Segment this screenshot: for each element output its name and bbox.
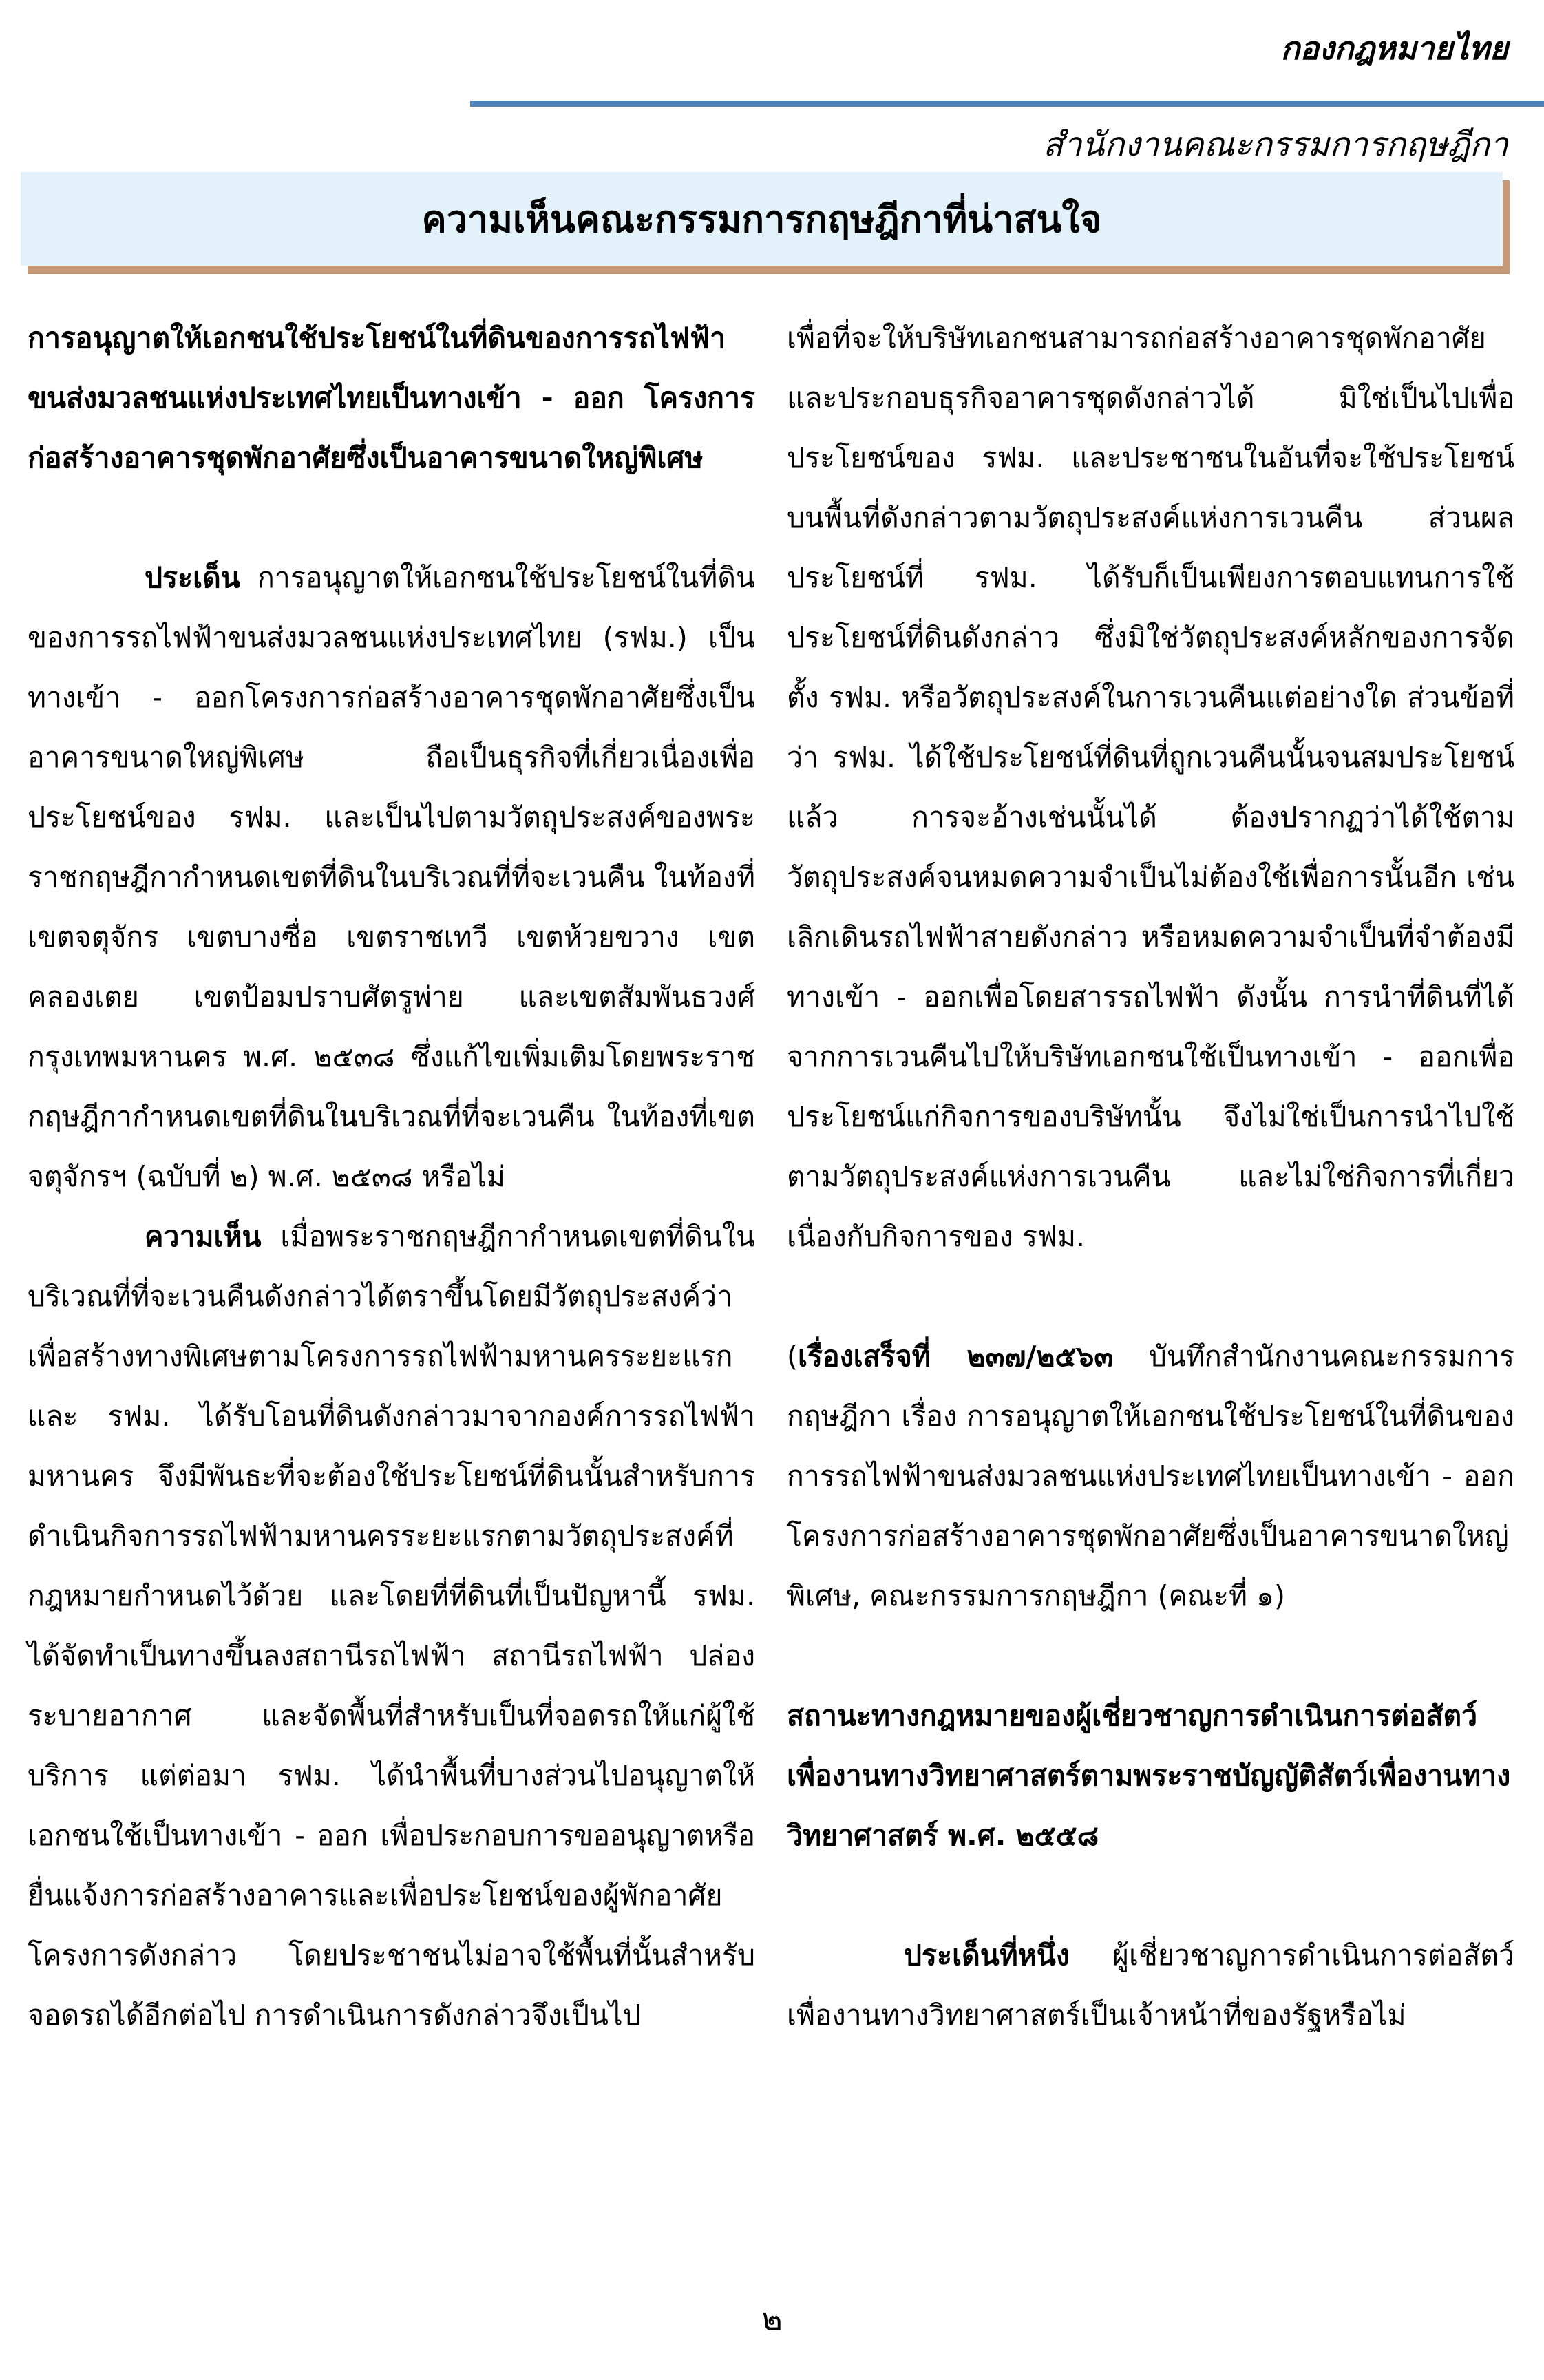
text-segment: เพื่อที่จะให้บริษัทเอกชนสามารถก่อสร้างอา… — [787, 322, 1514, 1253]
document-page: กองกฎหมายไทย สำนักงานคณะกรรมการกฤษฎีกา ค… — [0, 0, 1544, 2380]
paragraph: ประเด็นที่หนึ่ง ผู้เชี่ยวชาญการดำเนินการ… — [787, 1926, 1514, 2045]
page-number: ๒ — [0, 2294, 1544, 2344]
bold-text-segment: ประเด็น — [145, 561, 240, 594]
section-heading: สถานะทางกฎหมายของผู้เชี่ยวชาญการดำเนินกา… — [787, 1686, 1514, 1866]
column-right: เพื่อที่จะให้บริษัทเอกชนสามารถก่อสร้างอา… — [787, 308, 1514, 2045]
paragraph: เพื่อที่จะให้บริษัทเอกชนสามารถก่อสร้างอา… — [787, 308, 1514, 1267]
paragraph: (เรื่องเสร็จที่ ๒๓๗/๒๕๖๓ บันทึกสำนักงานค… — [787, 1327, 1514, 1626]
text-segment: ผู้เชี่ยวชาญการดำเนินการต่อสัตว์เพื่องาน… — [787, 1939, 1514, 2032]
paragraph: ความเห็น เมื่อพระราชกฤษฎีกากำหนดเขตที่ดิ… — [28, 1207, 755, 2045]
text-segment: บันทึกสำนักงานคณะกรรมการกฤษฎีกา เรื่อง ก… — [787, 1340, 1514, 1612]
masthead-divider-rule — [470, 101, 1544, 107]
section-heading: การอนุญาตให้เอกชนใช้ประโยชน์ในที่ดินของก… — [28, 308, 755, 488]
bold-text-segment: เรื่องเสร็จที่ ๒๓๗/๒๕๖๓ — [798, 1340, 1113, 1373]
masthead-department-line: กองกฎหมายไทย — [1280, 23, 1508, 74]
column-left: การอนุญาตให้เอกชนใช้ประโยชน์ในที่ดินของก… — [28, 308, 755, 2045]
text-segment: การอนุญาตให้เอกชนใช้ประโยชน์ในที่ดินของก… — [28, 561, 755, 1193]
title-banner: ความเห็นคณะกรรมการกฤษฎีกาที่น่าสนใจ — [21, 172, 1503, 266]
bold-text-segment: ประเด็นที่หนึ่ง — [904, 1939, 1070, 1972]
bold-text-segment: ความเห็น — [145, 1220, 262, 1253]
bold-text-segment: การอนุญาตให้เอกชนใช้ประโยชน์ในที่ดินของก… — [28, 322, 755, 474]
text-segment: เมื่อพระราชกฤษฎีกากำหนดเขตที่ดินในบริเวณ… — [28, 1220, 755, 2032]
masthead-organization-line: สำนักงานคณะกรรมการกฤษฎีกา — [1043, 118, 1508, 171]
two-column-text-area: การอนุญาตให้เอกชนใช้ประโยชน์ในที่ดินของก… — [28, 308, 1514, 2045]
text-segment: ( — [787, 1340, 798, 1373]
bold-text-segment: สถานะทางกฎหมายของผู้เชี่ยวชาญการดำเนินกา… — [787, 1699, 1510, 1852]
paragraph: ประเด็น การอนุญาตให้เอกชนใช้ประโยชน์ในที… — [28, 548, 755, 1207]
page-title: ความเห็นคณะกรรมการกฤษฎีกาที่น่าสนใจ — [422, 189, 1102, 249]
